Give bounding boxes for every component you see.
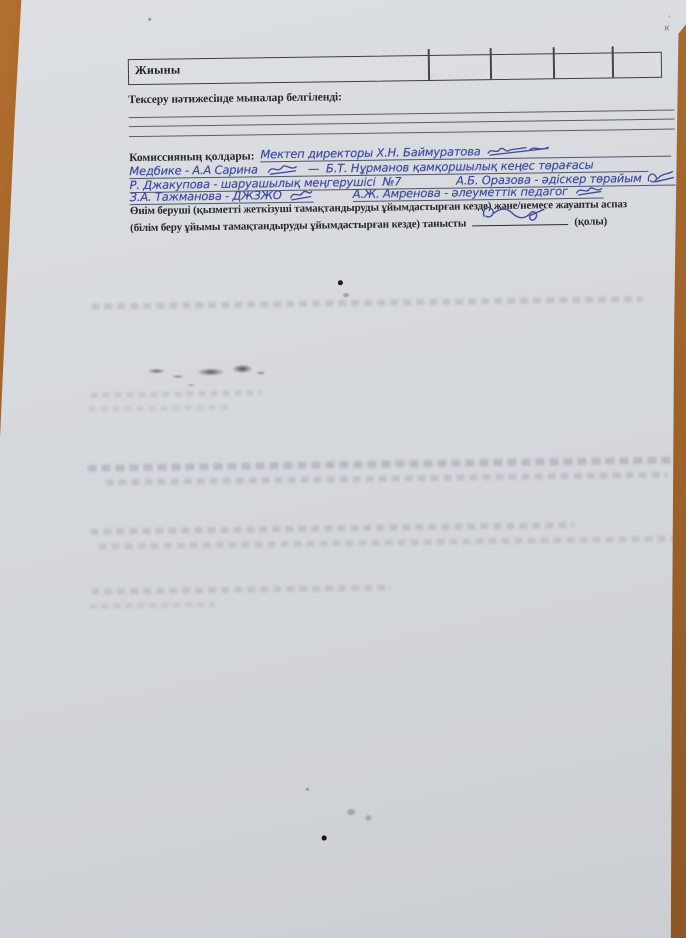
table-cell-divider bbox=[612, 46, 614, 77]
signature-squiggle bbox=[486, 143, 552, 158]
table-cell-divider bbox=[428, 49, 430, 80]
document-photo: Жиыны Тексеру нәтижесінде мыналар белгіл… bbox=[0, 0, 686, 938]
bleed-through-line bbox=[99, 536, 677, 550]
paper-speck bbox=[148, 18, 151, 21]
bleed-through-line bbox=[90, 390, 262, 397]
bleed-through-line bbox=[91, 296, 643, 310]
bleed-through-line bbox=[87, 456, 683, 471]
corner-pen-mark: к bbox=[664, 24, 670, 34]
blank-writing-line bbox=[129, 119, 675, 128]
bleed-through-line bbox=[106, 472, 668, 486]
signature-squiggle bbox=[266, 161, 300, 175]
findings-heading: Тексеру нәтижесінде мыналар белгіленді: bbox=[128, 91, 342, 106]
paper-speck bbox=[306, 788, 309, 791]
signature-squiggle bbox=[645, 168, 675, 184]
ink-smudge bbox=[138, 354, 270, 390]
signature-suffix-label: (қолы) bbox=[574, 215, 607, 227]
signature-squiggle bbox=[574, 184, 604, 198]
bleed-through-line bbox=[90, 522, 574, 535]
signature-blank-line bbox=[472, 213, 568, 226]
table-total-label: Жиыны bbox=[135, 62, 181, 78]
blank-writing-line bbox=[129, 110, 675, 119]
blank-writing-line bbox=[129, 128, 675, 137]
paper-speck bbox=[343, 293, 349, 297]
table-cell-divider bbox=[553, 47, 555, 78]
page-content: Жиыны Тексеру нәтижесінде мыналар белгіл… bbox=[0, 0, 686, 938]
bleed-through-line bbox=[91, 585, 391, 595]
corner-pen-mark-top: ʼ bbox=[668, 15, 670, 23]
table-cell-divider bbox=[490, 48, 492, 79]
signature-squiggle bbox=[288, 188, 314, 202]
bleed-through-line bbox=[89, 405, 231, 412]
bleed-through-line bbox=[89, 602, 215, 609]
supplier-clause-prefix: (білім беру ұйымы тамақтандыруды ұйымдас… bbox=[130, 217, 466, 234]
paper-speck bbox=[347, 809, 355, 815]
ink-dot bbox=[338, 280, 343, 285]
ink-dot bbox=[322, 835, 327, 840]
supplier-signature-squiggle bbox=[478, 199, 552, 226]
table-total-row: Жиыны bbox=[128, 52, 662, 85]
handwritten-name: З.А. Тажманова - ДЖЗЖО bbox=[130, 188, 282, 204]
paper-speck bbox=[365, 815, 371, 821]
